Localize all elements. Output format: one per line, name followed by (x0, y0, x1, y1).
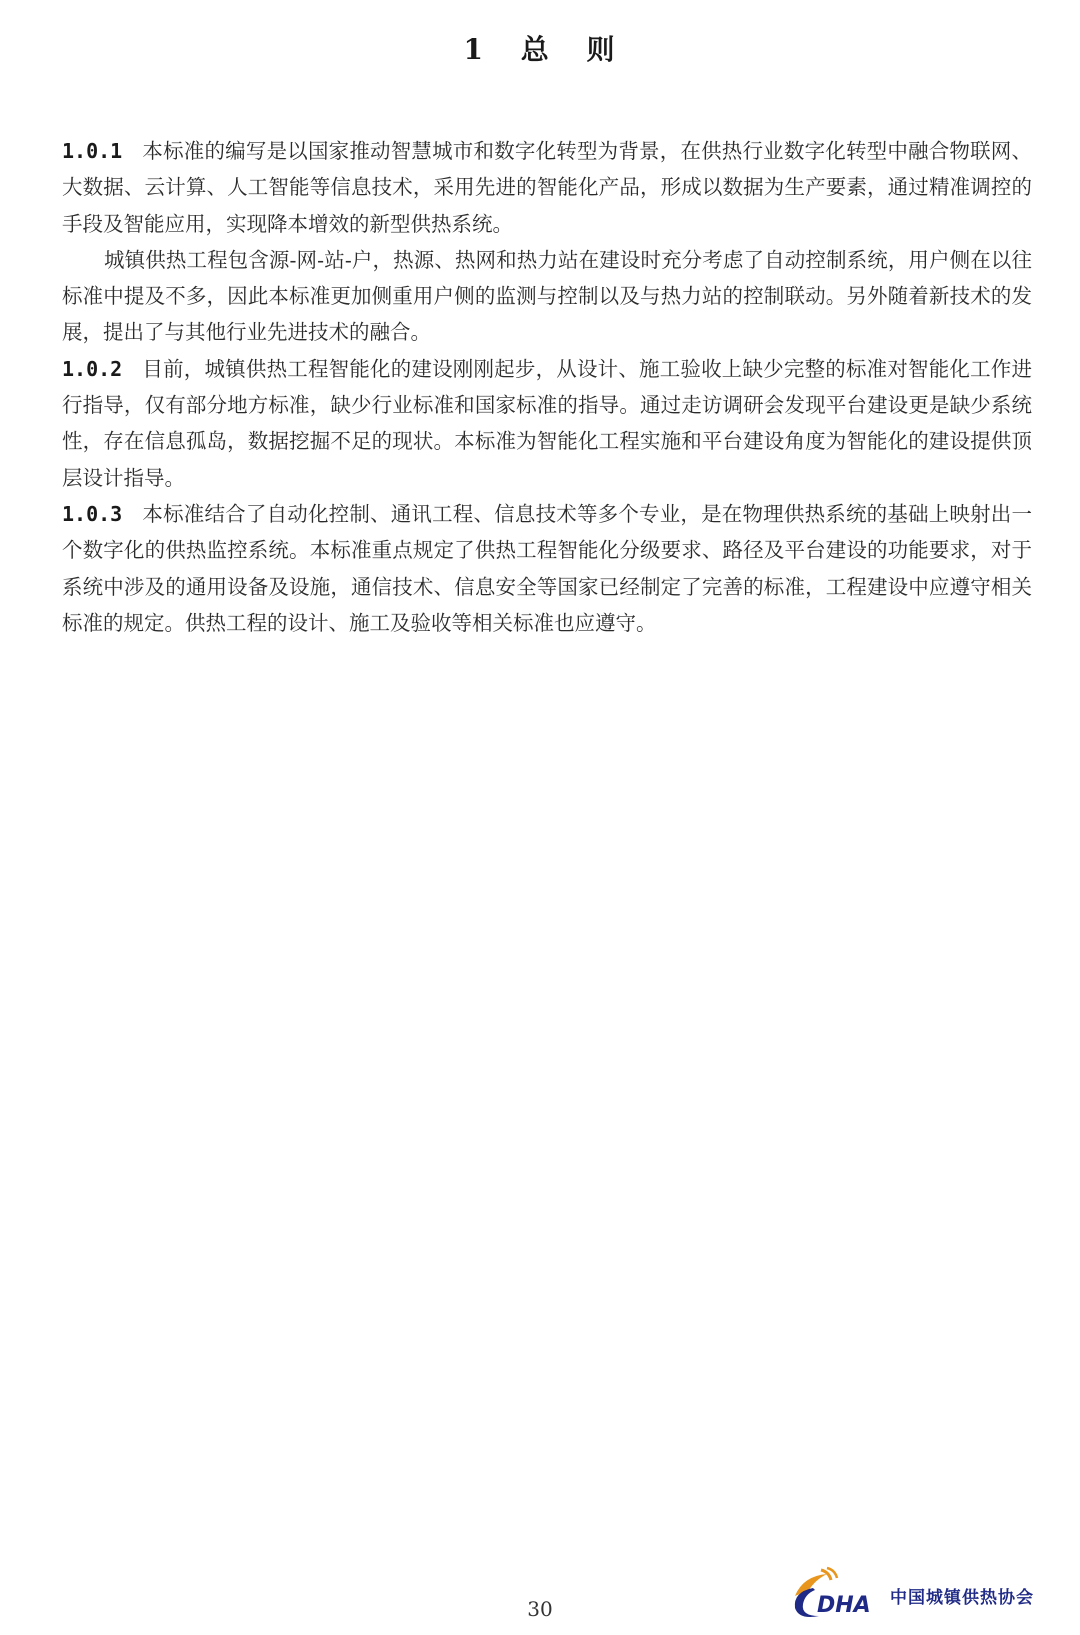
clause-1-0-1: 1.0.1本标准的编写是以国家推动智慧城市和数字化转型为背景，在供热行业数字化转… (62, 133, 1032, 242)
chapter-title-char-2: 则 (586, 28, 616, 68)
chapter-number: 1 (463, 33, 484, 66)
logo-org-name: 中国城镇供热协会 (890, 1583, 1034, 1608)
clause-text: 本标准结合了自动化控制、通讯工程、信息技术等多个专业，是在物理供热系统的基础上映… (62, 502, 1032, 635)
clause-text: 目前，城镇供热工程智能化的建设刚刚起步，从设计、施工验收上缺少完整的标准对智能化… (62, 357, 1032, 490)
clause-text: 城镇供热工程包含源-网-站-户，热源、热网和热力站在建设时充分考虑了自动控制系统… (62, 248, 1032, 345)
chapter-title-char-1: 总 (521, 28, 551, 68)
cdha-logo-icon: DHA (785, 1566, 889, 1624)
chapter-title: 1 总 则 (0, 28, 1080, 68)
clause-text: 本标准的编写是以国家推动智慧城市和数字化转型为背景，在供热行业数字化转型中融合物… (62, 139, 1032, 236)
clause-1-0-1-continued: 城镇供热工程包含源-网-站-户，热源、热网和热力站在建设时充分考虑了自动控制系统… (62, 242, 1032, 351)
clause-number: 1.0.2 (62, 357, 122, 381)
clause-number: 1.0.3 (62, 502, 122, 526)
document-body: 1.0.1本标准的编写是以国家推动智慧城市和数字化转型为背景，在供热行业数字化转… (62, 133, 1032, 641)
cdha-logo: DHA 中国城镇供热协会 (785, 1566, 1075, 1624)
clause-1-0-2: 1.0.2目前，城镇供热工程智能化的建设刚刚起步，从设计、施工验收上缺少完整的标… (62, 351, 1032, 496)
clause-number: 1.0.1 (62, 139, 122, 163)
clause-1-0-3: 1.0.3本标准结合了自动化控制、通讯工程、信息技术等多个专业，是在物理供热系统… (62, 496, 1032, 641)
svg-text:DHA: DHA (817, 1593, 871, 1618)
